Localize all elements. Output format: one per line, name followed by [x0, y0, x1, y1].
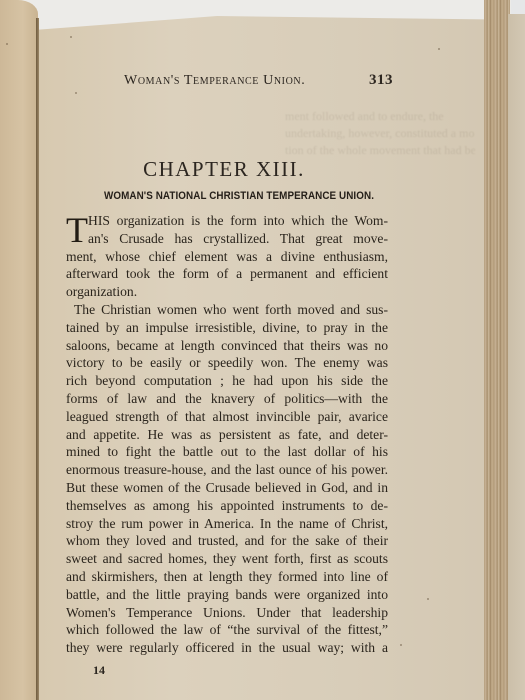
- text-line: and skirmishers, then at length they for…: [66, 568, 388, 586]
- chapter-subtitle: WOMAN'S NATIONAL CHRISTIAN TEMPERANCE UN…: [104, 190, 350, 202]
- page-edges-stack: [484, 0, 510, 700]
- text-line: tained by an impulse irresistible, divin…: [66, 319, 388, 337]
- background-corner: [511, 0, 525, 14]
- text-line: forms of law and the knavery of politics…: [66, 390, 388, 408]
- text-line: which followed the law of “the survival …: [66, 621, 388, 639]
- book-gutter: [36, 18, 39, 700]
- text-line: and appetite. He was as persistent as fa…: [66, 426, 388, 444]
- text-line: But these women of the Crusade believed …: [66, 479, 388, 497]
- text-line: sweet and sacred homes, they went forth,…: [66, 550, 388, 568]
- paper-speck: [75, 92, 77, 94]
- left-page-edge: [0, 0, 38, 700]
- text-line: an's Crusade has crystallized. That grea…: [66, 230, 388, 248]
- running-head: Woman's Temperance Union. 313: [68, 72, 393, 89]
- text-line: stroy the rum power in America. In the n…: [66, 515, 388, 533]
- bleed-through-text: ment followed and to endure, the underta…: [285, 108, 475, 159]
- text-line: The Christian women who went forth moved…: [66, 301, 388, 319]
- text-line: whom they loved and trusted, and for the…: [66, 532, 388, 550]
- paper-speck: [438, 48, 440, 50]
- bleed-line: undertaking, however, constituted a most: [285, 125, 475, 142]
- signature-mark: 14: [93, 663, 105, 678]
- drop-cap: T: [66, 215, 88, 245]
- next-page-edge: [508, 14, 525, 700]
- text-line: organization.: [66, 283, 388, 301]
- text-line: rich beyond computation ; he had upon hi…: [66, 372, 388, 390]
- paper-speck: [6, 43, 8, 45]
- text-line: themselves as among his appointed instru…: [66, 497, 388, 515]
- text-line: mined to fight the battle out to the las…: [66, 443, 388, 461]
- text-line: victory to be easily or speedily won. Th…: [66, 354, 388, 372]
- text-line: afterward took the form of a permanent a…: [66, 265, 388, 283]
- paper-speck: [400, 644, 402, 646]
- text-line: they were regularly officered in the usu…: [66, 639, 388, 657]
- page-number: 313: [369, 72, 393, 89]
- chapter-title: CHAPTER XIII.: [55, 157, 393, 182]
- body-text: T HIS organization is the form into whic…: [66, 212, 388, 657]
- running-title: Woman's Temperance Union.: [124, 73, 305, 89]
- text-line: HIS organization is the form into which …: [66, 212, 388, 230]
- text-line: Women's Temperance Unions. Under that le…: [66, 604, 388, 622]
- text-line: ment, whose chief element was a divine e…: [66, 248, 388, 266]
- text-line: leagued strength of that almost invincib…: [66, 408, 388, 426]
- text-line: saloons, became at length convinced that…: [66, 337, 388, 355]
- bleed-line: ment followed and to endure, the: [285, 108, 475, 125]
- paper-speck: [70, 36, 72, 38]
- text-line: battle, and the little praying bands wer…: [66, 586, 388, 604]
- text-line: enormous treasure-house, and the last ou…: [66, 461, 388, 479]
- paper-speck: [427, 598, 429, 600]
